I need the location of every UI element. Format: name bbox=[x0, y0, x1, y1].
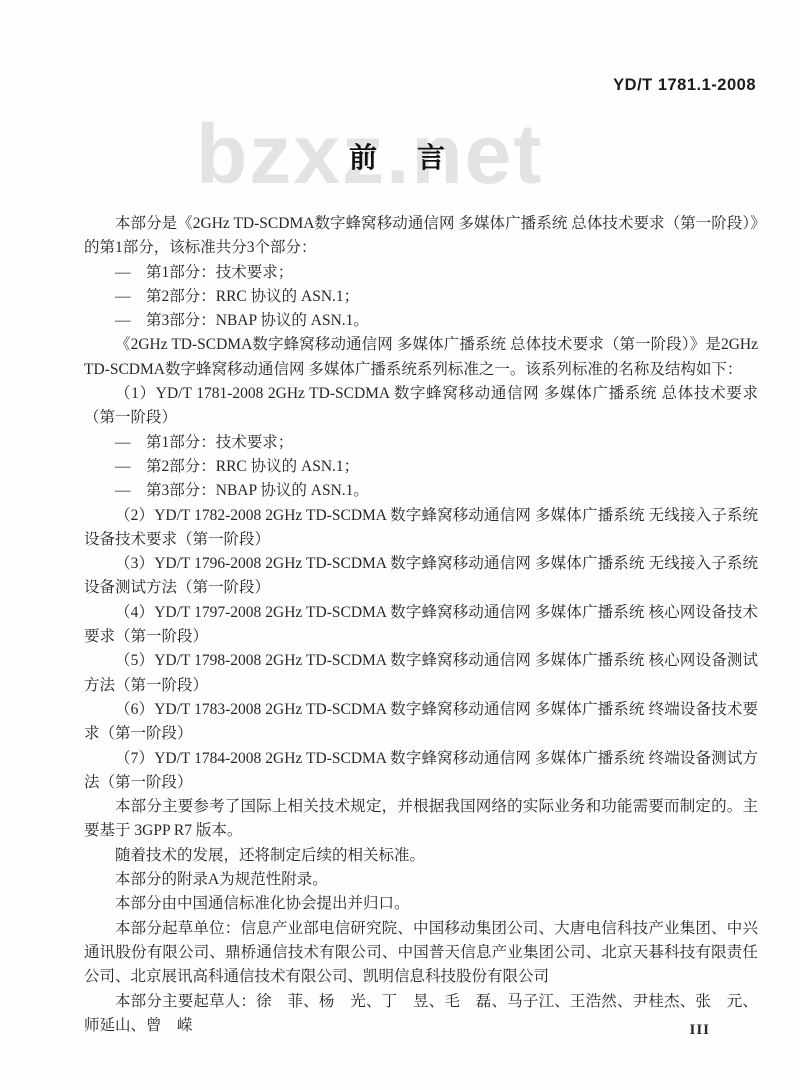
standard-number-header: YD/T 1781.1-2008 bbox=[613, 76, 756, 95]
paragraph-annex: 本部分的附录A为规范性附录。 bbox=[84, 868, 758, 892]
page-title: 前 言 bbox=[0, 136, 800, 176]
series-item-7: （7）YD/T 1784-2008 2GHz TD-SCDMA 数字蜂窝移动通信… bbox=[84, 747, 758, 796]
series-1-part1: — 第1部分：技术要求； bbox=[84, 431, 758, 455]
paragraph-future: 随着技术的发展，还将制定后续的相关标准。 bbox=[84, 844, 758, 868]
paragraph-series-intro: 《2GHz TD-SCDMA数字蜂窝移动通信网 多媒体广播系统 总体技术要求（第… bbox=[84, 333, 758, 382]
series-1-part2: — 第2部分：RRC 协议的 ASN.1； bbox=[84, 455, 758, 479]
series-item-6: （6）YD/T 1783-2008 2GHz TD-SCDMA 数字蜂窝移动通信… bbox=[84, 698, 758, 747]
list-item-part3: — 第3部分：NBAP 协议的 ASN.1。 bbox=[84, 309, 758, 333]
paragraph-drafters: 本部分主要起草人：徐 菲、杨 光、丁 昱、毛 磊、马子江、王浩然、尹桂杰、张 元… bbox=[84, 990, 758, 1039]
document-page: YD/T 1781.1-2008 bzxz.net 前 言 本部分是《2GHz … bbox=[0, 0, 800, 1090]
series-item-4: （4）YD/T 1797-2008 2GHz TD-SCDMA 数字蜂窝移动通信… bbox=[84, 601, 758, 650]
paragraph-association: 本部分由中国通信标准化协会提出并归口。 bbox=[84, 892, 758, 916]
list-item-part2: — 第2部分：RRC 协议的 ASN.1； bbox=[84, 285, 758, 309]
series-item-5: （5）YD/T 1798-2008 2GHz TD-SCDMA 数字蜂窝移动通信… bbox=[84, 649, 758, 698]
series-item-2: （2）YD/T 1782-2008 2GHz TD-SCDMA 数字蜂窝移动通信… bbox=[84, 504, 758, 553]
series-1-part3: — 第3部分：NBAP 协议的 ASN.1。 bbox=[84, 479, 758, 503]
paragraph-drafting-orgs: 本部分起草单位：信息产业部电信研究院、中国移动集团公司、大唐电信科技产业集团、中… bbox=[84, 917, 758, 990]
foreword-body: 本部分是《2GHz TD-SCDMA数字蜂窝移动通信网 多媒体广播系统 总体技术… bbox=[84, 212, 758, 1038]
series-item-3: （3）YD/T 1796-2008 2GHz TD-SCDMA 数字蜂窝移动通信… bbox=[84, 552, 758, 601]
paragraph-intro: 本部分是《2GHz TD-SCDMA数字蜂窝移动通信网 多媒体广播系统 总体技术… bbox=[84, 212, 758, 261]
list-item-part1: — 第1部分：技术要求； bbox=[84, 261, 758, 285]
series-item-1: （1）YD/T 1781-2008 2GHz TD-SCDMA 数字蜂窝移动通信… bbox=[84, 382, 758, 431]
paragraph-reference: 本部分主要参考了国际上相关技术规定，并根据我国网络的实际业务和功能需要而制定的。… bbox=[84, 795, 758, 844]
